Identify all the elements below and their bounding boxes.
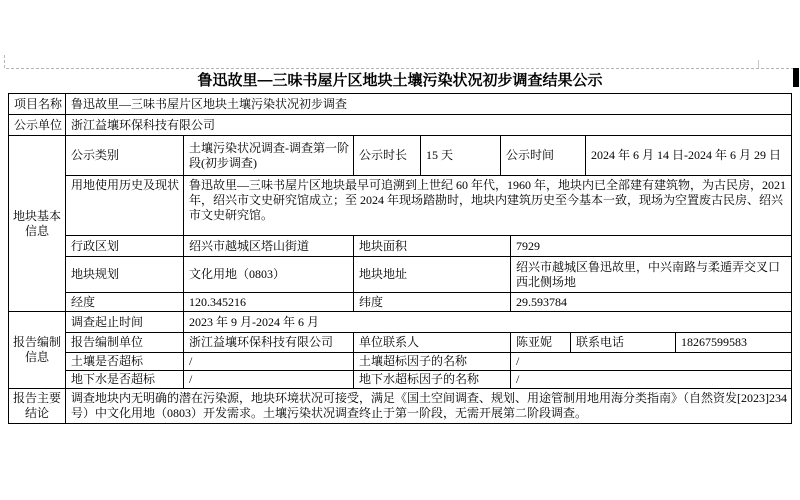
- publicity-time-label: 公示时间: [501, 136, 586, 176]
- admin-division-value: 绍兴市越城区塔山街道: [184, 236, 354, 257]
- longitude-label: 经度: [66, 293, 184, 312]
- groundwater-exceed-value: /: [184, 371, 354, 389]
- latitude-label: 纬度: [354, 293, 511, 312]
- table-row: 地下水是否超标 / 地下水超标因子的名称 /: [66, 371, 791, 389]
- table-row: 公示单位 浙江益壤环保科技有限公司: [9, 115, 791, 136]
- publicity-duration-value: 15 天: [421, 136, 501, 176]
- text-boundary-line: [6, 68, 794, 69]
- longitude-value: 120.345216: [184, 293, 354, 312]
- groundwater-factor-value: /: [511, 371, 791, 389]
- project-name-label: 项目名称: [9, 94, 66, 115]
- conclusion-section: 报告主要结论 调查地块内无明确的潜在污染源，地块环境状况可接受，满足《国土空间调…: [9, 389, 791, 423]
- admin-division-label: 行政区划: [66, 236, 184, 257]
- report-info-section-label: 报告编制信息: [9, 312, 66, 389]
- margin-crop-mark: [4, 55, 5, 68]
- document-title: 鲁迅故里—三味书屋片区地块土壤污染状况初步调查结果公示: [0, 72, 800, 90]
- table-row: 土壤是否超标 / 土壤超标因子的名称 /: [66, 353, 791, 371]
- contact-phone-value: 18267599583: [676, 333, 791, 353]
- plot-info-section: 地块基本信息 公示类别 土壤污染状况调查-调查第一阶段(初步调查) 公示时长 1…: [9, 136, 791, 312]
- publicity-time-value: 2024 年 6 月 14 日-2024 年 6 月 29 日: [586, 136, 791, 176]
- contact-person-label: 单位联系人: [354, 333, 511, 353]
- soil-factor-label: 土壤超标因子的名称: [354, 353, 511, 371]
- table-row: 项目名称 鲁迅故里—三味书屋片区地块土壤污染状况初步调查: [9, 94, 791, 115]
- plot-area-label: 地块面积: [354, 236, 511, 257]
- publicity-unit-value: 浙江益壤环保科技有限公司: [66, 115, 791, 136]
- conclusion-section-label: 报告主要结论: [9, 389, 66, 423]
- publicity-type-value: 土壤污染状况调查-调查第一阶段(初步调查): [184, 136, 354, 176]
- report-info-section: 报告编制信息 调查起止时间 2023 年 9 月-2024 年 6 月 报告编制…: [9, 312, 791, 389]
- plot-address-value: 绍兴市越城区鲁迅故里，中兴南路与柔遁弄交叉口西北侧场地: [511, 257, 791, 293]
- land-history-label: 用地使用历史及现状: [66, 176, 184, 236]
- groundwater-factor-label: 地下水超标因子的名称: [354, 371, 511, 389]
- table-row: 调查地块内无明确的潜在污染源，地块环境状况可接受，满足《国土空间调查、规划、用途…: [66, 389, 791, 422]
- report-unit-value: 浙江益壤环保科技有限公司: [184, 333, 354, 353]
- contact-person-value: 陈亚妮: [511, 333, 571, 353]
- contact-phone-label: 联系电话: [571, 333, 676, 353]
- latitude-value: 29.593784: [511, 293, 791, 312]
- plot-address-label: 地块地址: [354, 257, 511, 293]
- publicity-table: 项目名称 鲁迅故里—三味书屋片区地块土壤污染状况初步调查 公示单位 浙江益壤环保…: [8, 93, 792, 424]
- table-row: 经度 120.345216 纬度 29.593784: [66, 293, 791, 312]
- margin-tick: [758, 60, 759, 68]
- soil-exceed-label: 土壤是否超标: [66, 353, 184, 371]
- conclusion-rows: 调查地块内无明确的潜在污染源，地块环境状况可接受，满足《国土空间调查、规划、用途…: [66, 389, 791, 423]
- project-name-value: 鲁迅故里—三味书屋片区地块土壤污染状况初步调查: [66, 94, 791, 115]
- plot-planning-value: 文化用地（0803）: [184, 257, 354, 293]
- plot-info-section-label: 地块基本信息: [9, 136, 66, 312]
- plot-planning-label: 地块规划: [66, 257, 184, 293]
- publicity-unit-label: 公示单位: [9, 115, 66, 136]
- plot-area-value: 7929: [511, 236, 791, 257]
- survey-period-label: 调查起止时间: [66, 312, 184, 333]
- soil-factor-value: /: [511, 353, 791, 371]
- report-info-rows: 调查起止时间 2023 年 9 月-2024 年 6 月 报告编制单位 浙江益壤…: [66, 312, 791, 389]
- table-row: 报告编制单位 浙江益壤环保科技有限公司 单位联系人 陈亚妮 联系电话 18267…: [66, 333, 791, 353]
- report-unit-label: 报告编制单位: [66, 333, 184, 353]
- conclusion-value: 调查地块内无明确的潜在污染源，地块环境状况可接受，满足《国土空间调查、规划、用途…: [66, 389, 791, 422]
- table-row: 调查起止时间 2023 年 9 月-2024 年 6 月: [66, 312, 791, 333]
- groundwater-exceed-label: 地下水是否超标: [66, 371, 184, 389]
- survey-period-value: 2023 年 9 月-2024 年 6 月: [184, 312, 791, 333]
- table-row: 地块规划 文化用地（0803） 地块地址 绍兴市越城区鲁迅故里，中兴南路与柔遁弄…: [66, 257, 791, 293]
- document-page: { "page": { "title": "鲁迅故里—三味书屋片区地块土壤污染状…: [0, 0, 800, 500]
- plot-info-rows: 公示类别 土壤污染状况调查-调查第一阶段(初步调查) 公示时长 15 天 公示时…: [66, 136, 791, 312]
- table-row: 行政区划 绍兴市越城区塔山街道 地块面积 7929: [66, 236, 791, 257]
- table-row: 公示类别 土壤污染状况调查-调查第一阶段(初步调查) 公示时长 15 天 公示时…: [66, 136, 791, 176]
- soil-exceed-value: /: [184, 353, 354, 371]
- publicity-type-label: 公示类别: [66, 136, 184, 176]
- table-row: 用地使用历史及现状 鲁迅故里—三味书屋片区地块最早可追溯到上世纪 60 年代，1…: [66, 176, 791, 236]
- publicity-duration-label: 公示时长: [354, 136, 421, 176]
- land-history-value: 鲁迅故里—三味书屋片区地块最早可追溯到上世纪 60 年代，1960 年，地块内已…: [184, 176, 791, 236]
